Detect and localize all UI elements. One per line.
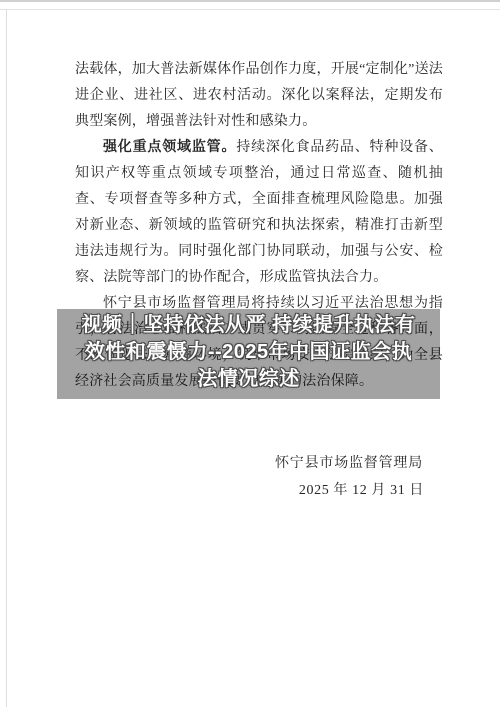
paragraph-text: 持续深化食品药品、特种设备、知识产权等重点领域专项整治，通过日常巡查、随机抽查、… xyxy=(75,140,443,285)
body-paragraph: 法载体，加大普法新媒体作品创作力度，开展“定制化”送法进企业、进社区、进农村活动… xyxy=(75,57,443,135)
video-title-line: 法情况综述 xyxy=(57,366,440,393)
paragraph-bold-lead: 强化重点领域监管。 xyxy=(103,140,236,155)
page-top-edge-line xyxy=(0,9,500,10)
signature-line: 怀宁县市场监督管理局 xyxy=(275,452,423,472)
article-page: 法载体，加大普法新媒体作品创作力度，开展“定制化”送法进企业、进社区、进农村活动… xyxy=(0,0,500,707)
page-top-strip xyxy=(0,0,500,2)
video-title[interactable]: 视频｜坚持依法从严 持续提升执法有 效性和震慑力--2025年中国证监会执 法情… xyxy=(57,312,440,393)
video-title-line: 视频｜坚持依法从严 持续提升执法有 xyxy=(57,312,440,339)
video-title-line: 效性和震慑力--2025年中国证监会执 xyxy=(57,339,440,366)
date-line: 2025 年 12 月 31 日 xyxy=(299,479,424,499)
body-paragraph: 强化重点领域监管。持续深化食品药品、特种设备、知识产权等重点领域专项整治，通过日… xyxy=(75,135,443,291)
page-left-edge-line xyxy=(6,9,7,707)
paragraph-text: 法载体，加大普法新媒体作品创作力度，开展“定制化”送法进企业、进社区、进农村活动… xyxy=(75,62,443,129)
